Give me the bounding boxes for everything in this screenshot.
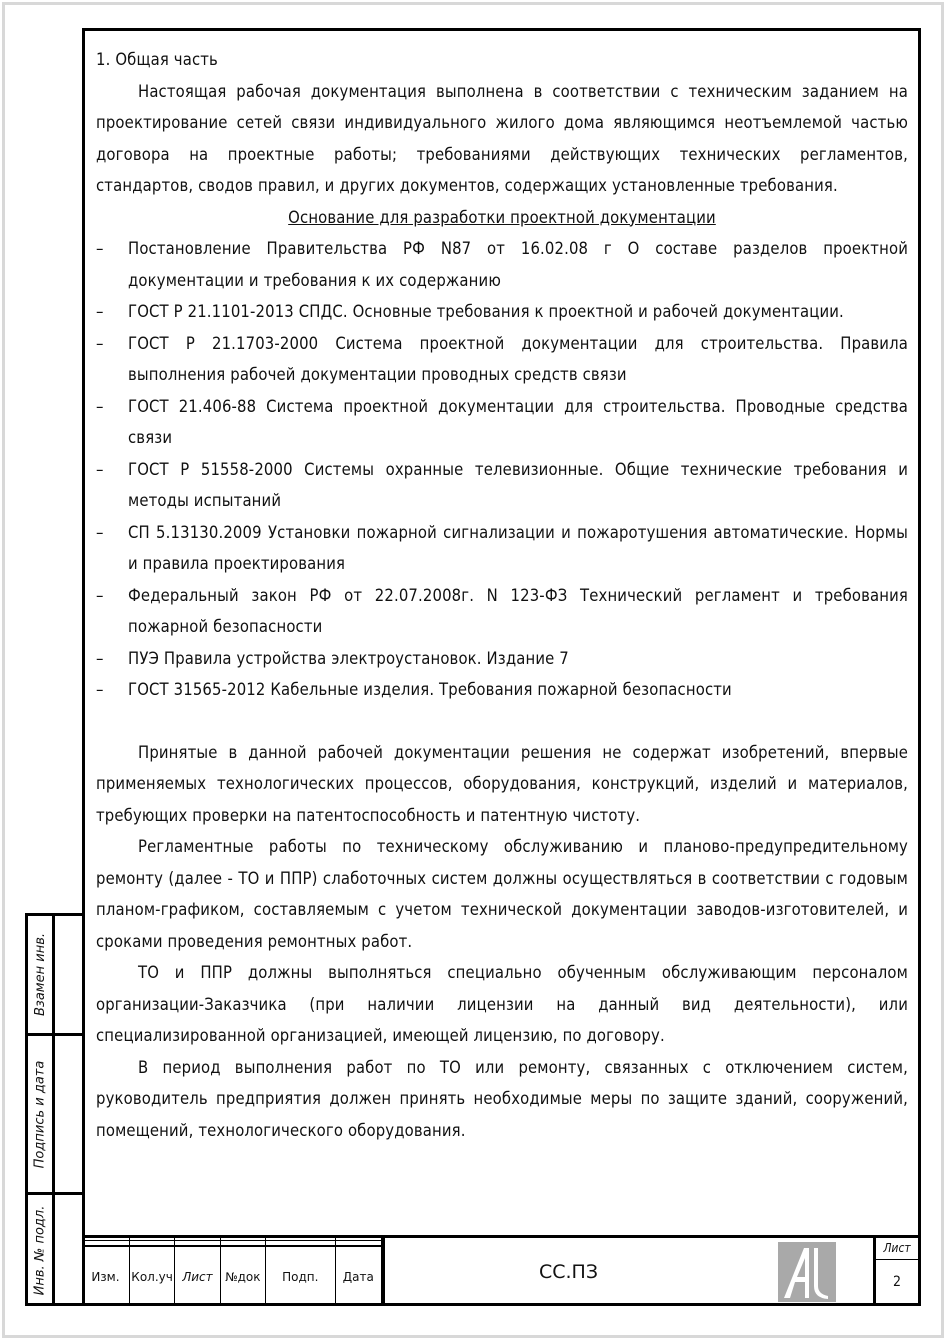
col-header: Кол.уч [129,1246,174,1306]
spacer [96,706,908,737]
paragraph-maintenance: Регламентные работы по техническому обсл… [96,831,908,957]
list-item: –СП 5.13130.2009 Установки пожарной сигн… [96,517,908,580]
dash-bullet-icon: – [96,580,104,612]
col-header: Подп. [266,1246,336,1306]
col-header: Изм. [82,1246,129,1306]
paragraph-safety: В период выполнения работ по ТО или ремо… [96,1052,908,1147]
sheet-label: Лист [876,1238,918,1260]
side-row-inv-original: Инв. № подл. [28,1195,82,1306]
list-item: –Федеральный закон РФ от 22.07.2008г. N … [96,580,908,643]
paragraph-patent: Принятые в данной рабочей документации р… [96,737,908,832]
list-item: –ГОСТ 31565-2012 Кабельные изделия. Треб… [96,674,908,706]
list-item: –ГОСТ 21.406-88 Система проектной докуме… [96,391,908,454]
side-label: Взамен инв. [33,933,48,1016]
revision-table: Изм. Кол.уч Лист №док Подп. Дата [82,1238,382,1306]
title-main: СС.ПЗ [382,1238,872,1306]
dash-bullet-icon: – [96,674,104,706]
sheet-number: 2 [876,1260,918,1305]
dash-bullet-icon: – [96,454,104,486]
al-logo-icon [778,1242,836,1302]
side-label: Подпись и дата [33,1060,48,1168]
side-stamp: Взамен инв. Подпись и дата Инв. № подл. [25,913,82,1306]
col-header: Лист [175,1246,220,1306]
list-item: –ГОСТ Р 51558-2000 Системы охранные теле… [96,454,908,517]
intro-paragraph: Настоящая рабочая документация выполнена… [96,76,908,202]
side-label: Инв. № подл. [33,1206,48,1296]
list-item: –Постановление Правительства РФ N87 от 1… [96,233,908,296]
dash-bullet-icon: – [96,643,104,675]
sheet-cell: Лист 2 [873,1238,918,1306]
document-code: СС.ПЗ [385,1238,752,1306]
list-item: –ПУЭ Правила устройства электроустановок… [96,643,908,675]
dash-bullet-icon: – [96,233,104,265]
section-title: 1. Общая часть [96,44,908,76]
dash-bullet-icon: – [96,328,104,360]
dash-bullet-icon: – [96,391,104,423]
basis-heading: Основание для разработки проектной докум… [96,202,908,234]
document-body: 1. Общая часть Настоящая рабочая докумен… [96,44,908,1146]
col-header: №док [220,1246,265,1306]
title-block: Изм. Кол.уч Лист №док Подп. Дата СС.ПЗ Л… [82,1235,921,1306]
dash-bullet-icon: – [96,517,104,549]
side-row-replaced-inv: Взамен инв. [28,916,82,1036]
col-header: Дата [335,1246,381,1306]
list-item: –ГОСТ Р 21.1703-2000 Система проектной д… [96,328,908,391]
side-row-signature-date: Подпись и дата [28,1036,82,1195]
dash-bullet-icon: – [96,296,104,328]
references-list: –Постановление Правительства РФ N87 от 1… [96,233,908,706]
list-item: –ГОСТ Р 21.1101-2013 СПДС. Основные треб… [96,296,908,328]
paragraph-personnel: ТО и ППР должны выполняться специально о… [96,957,908,1052]
